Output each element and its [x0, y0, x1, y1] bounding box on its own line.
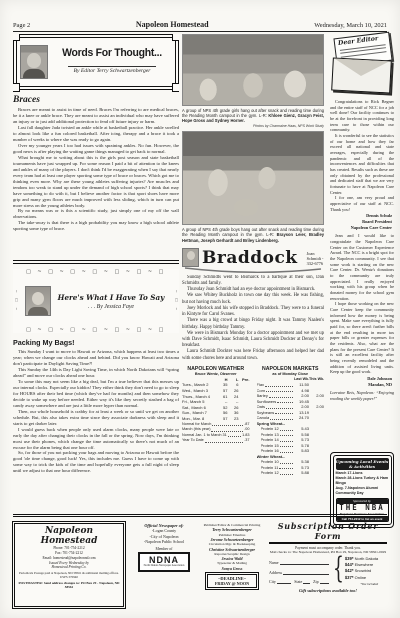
- photo-caption: A group of NPS 4th grade girls hang out …: [182, 108, 324, 128]
- ndna-subtitle: North Dakota Newspaper Association: [141, 565, 187, 568]
- letter-one: Congratulations to Rick Begner and the e…: [330, 99, 394, 212]
- city-field[interactable]: City: [269, 579, 291, 584]
- paragraph: So, for those of you not packing your ba…: [13, 450, 179, 474]
- staff-entry: Publisher/Editor & Commercial Printing T…: [201, 523, 263, 533]
- price-item: $37* Online: [345, 575, 378, 581]
- paper-title: Napoleon Homestead: [136, 20, 209, 29]
- letter-signature: Dennis SchulzBoard PresidentNapoleon Car…: [330, 213, 392, 230]
- paragraph: It is wonderful to see the statistics of…: [330, 133, 394, 195]
- events-title: Upcoming Local Events & Activities: [336, 458, 389, 470]
- markets-title: NAPOLEON MARKETS: [257, 366, 325, 372]
- column-title: Here's What I Have To Say: [55, 293, 167, 302]
- ornament-corner-icon: [13, 34, 20, 41]
- issue-date: Wednesday, March 10, 2021: [314, 22, 387, 29]
- paragraph: Last fall daughter Jada twisted an ankle…: [13, 125, 179, 143]
- weather-summary-row: Year To Date .37: [182, 438, 250, 444]
- words-for-thought-box: Words For Thought... By Editor Terry Sch…: [13, 34, 179, 90]
- subscription-mail-to: Mail checks to: The Napoleon Homestead, …: [269, 550, 387, 554]
- staff-entries: Publisher/Editor & Commercial Printing T…: [201, 523, 263, 571]
- paragraph: Braces are meant to assist in time of ne…: [13, 107, 179, 125]
- prices: $39* North Dakota$44* Elsewhere$42* Snow…: [345, 556, 378, 581]
- signature-line: Mandan, ND: [330, 382, 392, 388]
- column-title: Words For Thought...: [55, 47, 169, 59]
- page-number: Page 2: [13, 22, 30, 29]
- staff-entry: Publisher Emeritus Jerome Schwartzenberg…: [201, 533, 263, 543]
- ornament-corner-icon: [13, 83, 20, 92]
- deadline-time: FRIDAY @ NOON: [208, 581, 256, 586]
- markets-column-headers: Last Wk. This Wk.: [257, 377, 325, 382]
- deadline-box: ~DEADLINE~ FRIDAY @ NOON: [207, 574, 257, 588]
- weather-title: NAPOLEON WEATHER: [182, 366, 250, 372]
- right-column: Dear Editor Congratulations to Rick Begn…: [330, 34, 394, 516]
- brace-glyph: {: [333, 558, 344, 584]
- ornament-border: ~ □ ~: [173, 279, 179, 323]
- paragraph: By no means was or is this a scientific …: [13, 208, 179, 220]
- address-field[interactable]: Address: [269, 570, 329, 575]
- article-headline: Braces: [13, 95, 179, 105]
- paragraph: Over my younger years I too had issues w…: [13, 143, 179, 155]
- heres-what-box: □ ~ □ ~ □ ~ □ ~ □ ~ □ ~ □ □ ~ □ ~ □ ~ □ …: [13, 269, 179, 333]
- state-label: State: [294, 579, 302, 584]
- weather-summary: Normal for March .87 March (this year) .…: [182, 422, 250, 444]
- letters-to-editor: Congratulations to Rick Begner and the e…: [330, 99, 394, 449]
- staff-name: Christine Schwartzenberger: [201, 547, 263, 552]
- paragraph: Jean and I would like to congratulate th…: [330, 233, 394, 301]
- envelope-body: [331, 57, 392, 93]
- masthead-postmaster: POSTMASTER: Send address changes to: PO …: [18, 581, 120, 590]
- paragraph: To some this may not seem like a big dea…: [13, 379, 179, 409]
- editor-headshot: [20, 45, 48, 79]
- braddock-byline: Joan Schmidt - 332-6776: [307, 251, 324, 267]
- markets-subtitle: as of Monday Close: [257, 372, 325, 376]
- state-field[interactable]: State: [294, 579, 310, 584]
- paragraph: We were in Bismarck Monday for a doctor …: [182, 331, 324, 350]
- staff-entry: Circulation Mgr. & Bookkeeping Christine…: [201, 542, 263, 552]
- columnist-headshot: [182, 248, 199, 267]
- nba-name: THE NBA: [337, 504, 388, 512]
- article-packing: This Sunday I want to move to Hawaii or …: [13, 349, 179, 486]
- ornament-border: ~ □ ~: [13, 279, 19, 323]
- paragraph: Then, our whole household is crabby for …: [13, 409, 179, 427]
- name-field[interactable]: Name: [269, 560, 329, 565]
- left-column: Words For Thought... By Editor Terry Sch…: [13, 34, 179, 486]
- subscription-title: Subscription Order Form: [269, 521, 387, 544]
- markets-rows: Flax 11.50 Corn 4.98 Barley 2.00 2.00: [257, 382, 325, 476]
- ornament-border: □ ~ □ ~ □ ~ □ ~ □ ~ □ ~ □: [15, 269, 177, 275]
- masthead-title: Napoleon Homestead: [18, 526, 120, 546]
- city-label: City: [269, 579, 276, 584]
- column-byline: . . . By Jessica Faye: [55, 304, 167, 310]
- paragraph: This Sunday the 14th is Day Light Saving…: [13, 367, 179, 379]
- dear-editor-envelope-icon: Dear Editor: [330, 34, 394, 96]
- middle-column: A group of NPS 4th grade girls hang out …: [182, 34, 324, 516]
- letter-two: Jean and I would like to congratulate th…: [330, 233, 394, 375]
- official-newspaper: Official Newspaper of: -Logan County-Cit…: [133, 523, 195, 572]
- masthead-printer: Homestead Printing Co.: [18, 565, 120, 570]
- events-list: March 17-LionsMarch 28-Lions Turkey & Ha…: [336, 471, 389, 496]
- markets-table: NAPOLEON MARKETS as of Monday Close Last…: [257, 366, 325, 476]
- photo-credit: Photos by Charmaine Haas, NPS Work Study: [182, 124, 324, 128]
- official-list: -Logan County-City of Napoleon-Napoleon …: [133, 528, 195, 545]
- staff-list: Publisher/Editor & Commercial Printing T…: [201, 523, 263, 588]
- weather-rows: Tues., March 2 35 6 Wed., March 3 57 26 …: [182, 382, 250, 421]
- masthead-periodicals: Periodicals Postage paid at Napoleon, ND…: [18, 571, 120, 579]
- bottom-masthead-band: Napoleon Homestead Phone: 701-754-2212 F…: [13, 514, 387, 615]
- braddock-title: Braddock: [202, 250, 298, 267]
- photo-grade-girls: [182, 34, 324, 106]
- staff-entry: Typesetter & Mailing Sonya Gross: [201, 561, 263, 571]
- event-item: March 28-Lions Turkey & Ham Bingo: [336, 476, 389, 486]
- paragraph: This Sunday I want to move to Hawaii or …: [13, 349, 179, 367]
- ornament-corner-icon: [172, 83, 179, 92]
- paragraph: The take-away is that there is a high pr…: [13, 220, 179, 232]
- author-headshot: [25, 286, 51, 316]
- letter-signature: Dale JohnsonMandan, ND: [330, 376, 392, 387]
- paragraph: Congratulations to Rick Begner and the e…: [330, 99, 394, 133]
- photo-grade-boys: [182, 131, 324, 225]
- subscription-fields: Name Address City State Zip: [269, 556, 329, 586]
- section-divider: [13, 260, 179, 264]
- paragraph: What brought me to writing about this is…: [13, 155, 179, 209]
- article-braddock: Sunday Schmidts went to Bismarck to a ba…: [182, 275, 324, 363]
- paragraph: There was a big crowd at bingo Friday ni…: [182, 318, 324, 330]
- paragraph: I would guess back when people only used…: [13, 427, 179, 451]
- markets-row: Protein 12 5.88: [257, 470, 325, 476]
- staff-name: Sonya Gross: [201, 566, 263, 571]
- official-item: -Napoleon Public School: [133, 539, 195, 545]
- address-label: Address: [269, 570, 282, 575]
- masthead-box: Napoleon Homestead Phone: 701-754-2212 F…: [14, 523, 124, 607]
- tax-note: *Tax included: [345, 582, 378, 586]
- newspaper-page: Page 2 Napoleon Homestead Wednesday, Mar…: [0, 0, 400, 618]
- subscription-form: Subscription Order Form Payment must acc…: [269, 521, 387, 593]
- zip-label: Zip: [313, 579, 319, 584]
- signature-line: Napoleon Care Center: [330, 225, 392, 231]
- zip-field[interactable]: Zip: [313, 579, 329, 584]
- paragraph: We saw Whitey Buckholz in town one day t…: [182, 293, 324, 305]
- gift-note: Gift subscriptions available too!: [269, 588, 387, 593]
- ornament-corner-icon: [172, 34, 179, 41]
- paragraph: Sunday Schmidts went to Bismarck to a ba…: [182, 275, 324, 287]
- photo-caption: A group of NPS 4th grade boys hang out a…: [182, 227, 324, 243]
- name-label: Name: [269, 560, 279, 565]
- staff-role: Circulation Mgr. & Bookkeeping: [201, 542, 263, 546]
- page-header: Page 2 Napoleon Homestead Wednesday, Mar…: [13, 12, 387, 32]
- col-this-week: This Wk.: [309, 377, 324, 382]
- weather-table: NAPOLEON WEATHER Bruce Wentz, Observer H…: [182, 366, 250, 476]
- article-braces: Braces are meant to assist in time of ne…: [13, 107, 179, 256]
- price-list: { $39* North Dakota$44* Elsewhere$42* Sn…: [333, 556, 387, 586]
- braddock-header: Braddock Joan Schmidt - 332-6776: [182, 248, 324, 267]
- member-of-label: Member of: [133, 547, 195, 551]
- paragraph: I for one, am very proud and appreciativ…: [330, 195, 394, 212]
- event-item: Aug. 7-Napoleon Alumni Community Day: [336, 486, 389, 496]
- ndna-logo: NDNA North Dakota Newspaper Association: [138, 552, 190, 572]
- column-byline: By Editor Terry Schwartzenberger: [68, 66, 157, 74]
- reader-quote: Lorraine Reis, Napoleon: “Enjoying readi…: [330, 390, 394, 401]
- paragraph: I hope those working on the new Care Cen…: [330, 301, 394, 375]
- paragraph: Laura Schmidt Dockter was here Friday af…: [182, 349, 324, 361]
- ornament-border: □ ~ □ ~ □ ~ □ ~ □ ~ □ ~ □: [15, 327, 177, 333]
- article-headline: Packing My Bags!: [13, 338, 179, 347]
- paragraph: Joey Morlock and his wife stopped in Bra…: [182, 306, 324, 318]
- staff-entry: Reporter/Graphic Design Jessica Wald: [201, 552, 263, 562]
- weather-observer: Bruce Wentz, Observer: [182, 372, 250, 376]
